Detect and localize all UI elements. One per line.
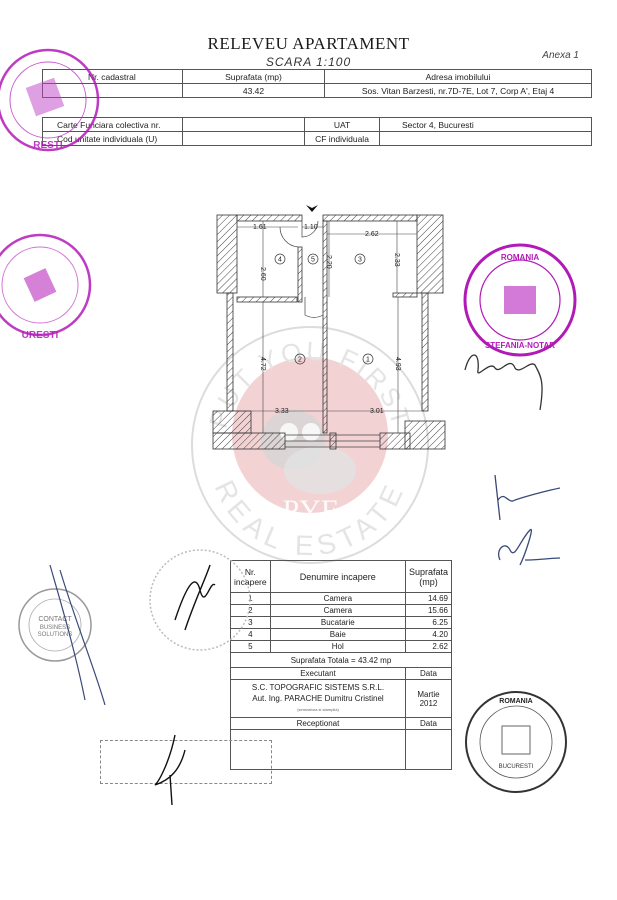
table-row: 2 Camera 15.66 [231,605,452,617]
room-name: Hol [270,641,405,653]
dim-room5-width: 1.10 [304,224,318,231]
room-name: Camera [270,605,405,617]
dim-room2-height: 4.72 [259,357,266,371]
room-number-4: 4 [278,257,282,264]
carte-funciara-value [183,118,305,132]
ministry-stamp: ROMANIA BUCURESTI [462,688,570,796]
executant-person: Aut. Ing. PARACHE Dumitru Cristinel [234,693,402,704]
suprafata-value: 43.42 [183,84,325,98]
room-area: 2.62 [405,641,451,653]
svg-text:URESTI: URESTI [22,330,59,341]
room-name: Baie [270,629,405,641]
receptionat-label: Receptionat [231,718,406,730]
cadastral-info-table: Carte Funciara colectiva nr. UAT Sector … [42,117,592,146]
room-name: Camera [270,593,405,605]
dim-room2-width: 3.33 [275,408,289,415]
dim-room4-width: 1.61 [253,224,267,231]
dim-room1-height: 4.93 [394,357,401,371]
receptionat-date-cell [405,730,451,770]
room-number-3: 3 [358,257,362,264]
table-row: 5 Hol 2.62 [231,641,452,653]
executant-note: (semnatura si stampila) [234,704,402,715]
cf-individuala-label: CF individuala [305,132,380,146]
room-name: Bucatarie [270,617,405,629]
dim-room5-height: 2.20 [325,255,332,269]
table-row: 1 Camera 14.69 [231,593,452,605]
header-denumire: Denumire incapere [270,561,405,593]
receptionat-data-label: Data [405,718,451,730]
dim-room3-width: 2.62 [365,231,379,238]
signature-notary [460,330,560,420]
svg-text:ROMANIA: ROMANIA [499,698,532,705]
dim-room4-height: 2.60 [259,267,266,281]
annex-label: Anexa 1 [542,50,579,61]
executant-company: S.C. TOPOGRAFIC SISTEMS S.R.L. [234,682,402,693]
property-info-table: Nr. cadastral Suprafata (mp) Adresa imob… [42,69,592,98]
table-row: 3 Bucatarie 6.25 [231,617,452,629]
signature-blue [490,470,570,580]
executant-details: S.C. TOPOGRAFIC SISTEMS S.R.L. Aut. Ing.… [231,680,406,718]
room-number-5: 5 [311,257,315,264]
floor-plan: 1.61 1.10 2.62 2.60 2.20 2.33 4.72 4.93 … [205,197,450,467]
adresa-label: Adresa imobilului [325,70,592,84]
svg-text:BUCURESTI: BUCURESTI [499,764,534,770]
adresa-value: Sos. Vitan Barzesti, nr.7D-7E, Lot 7, Co… [325,84,592,98]
entrance-arrow-icon [306,205,318,212]
signature-executant [165,560,225,640]
notary-stamp-top-left: RESTI [0,40,110,160]
room-area: 4.20 [405,629,451,641]
notary-stamp-left: URESTI [0,200,100,350]
header-suprafata: Suprafata (mp) [405,561,451,593]
executant-label: Executant [231,668,406,680]
uat-value: Sector 4, Bucuresti [380,118,592,132]
watermark-brand: PYF [282,494,337,527]
svg-text:ROMANIA: ROMANIA [501,253,539,262]
signature-bottom [150,730,200,810]
svg-text:RESTI: RESTI [33,140,63,151]
data-label: Data [405,668,451,680]
cod-unitate-value [183,132,305,146]
dim-room1-width: 3.01 [370,408,384,415]
table-row: 4 Baie 4.20 [231,629,452,641]
uat-label: UAT [305,118,380,132]
rooms-table: Nr. incapere Denumire incapere Suprafata… [230,560,452,770]
executant-date: Martie 2012 [405,680,451,718]
signature-lines-left [40,560,120,710]
room-number-1: 1 [366,357,370,364]
cf-individuala-value [380,132,592,146]
room-area: 14.69 [405,593,451,605]
room-area: 6.25 [405,617,451,629]
total-area: Suprafata Totala = 43.42 mp [231,653,452,668]
dim-room3-height: 2.33 [393,253,400,267]
room-area: 15.66 [405,605,451,617]
room-number-2: 2 [298,357,302,364]
suprafata-label: Suprafata (mp) [183,70,325,84]
